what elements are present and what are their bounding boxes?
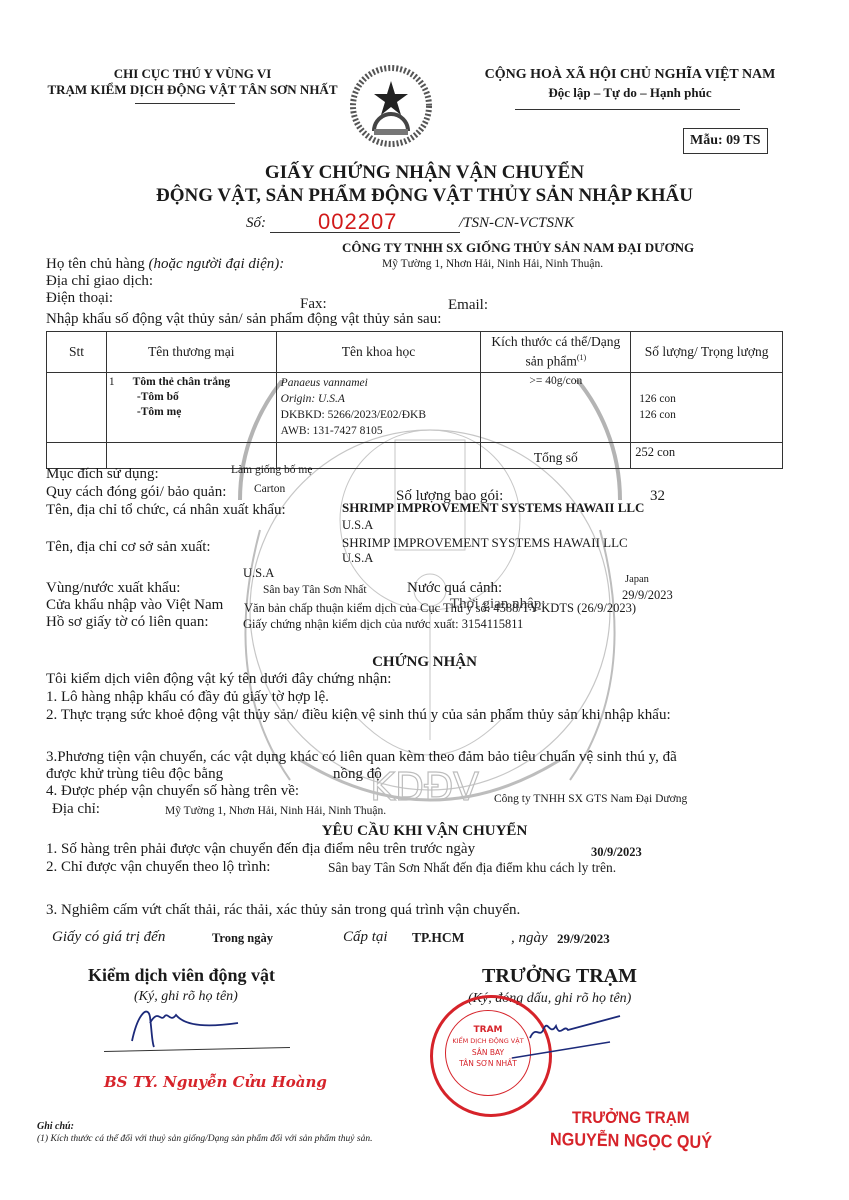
certification-item-1: 1. Lô hàng nhập khẩu có đầy đủ giấy tờ h… [46,689,329,706]
exporter-label: Tên, địa chỉ tổ chức, cá nhân xuất khẩu: [46,502,286,519]
destination-company: Công ty TNHH SX GTS Nam Đại Dương [494,793,687,805]
total-value: 252 con [635,445,675,459]
owner-name: CÔNG TY TNHH SX GIỐNG THỦY SẢN NAM ĐẠI D… [342,240,694,256]
table-header-row: Stt Tên thương mại Tên khoa học Kích thư… [47,332,783,373]
transit-value: Japan [625,574,649,585]
certification-item-2: 2. Thực trạng sức khoẻ động vật thủy sản… [46,707,671,724]
trade-name: Tôm thẻ chân trắng [133,376,230,388]
col-header-quantity: Số lượng/ Trọng lượng [631,332,783,373]
agency-station-name: TRẠM KIỂM DỊCH ĐỘNG VẬT TÂN SƠN NHẤT [35,82,350,98]
size-value: >= 40g/con [529,375,582,387]
purpose-label: Mục đích sử dụng: [46,466,159,483]
producer-label: Tên, địa chỉ cơ sở sản xuất: [46,539,211,556]
border-gate-value: Sân bay Tân Sơn Nhất [263,584,367,596]
packing-value: Carton [254,483,285,495]
import-intro: Nhập khẩu số động vật thủy sản/ sản phẩm… [46,311,441,328]
scientific-name: Panaeus vannamei [281,377,368,389]
exporter-country: U.S.A [342,518,373,533]
origin: Origin: U.S.A [281,393,345,405]
certification-item-3-concentration: nồng độ [333,766,382,783]
certificate-number-label: Số: [246,215,266,232]
packing-label: Quy cách đóng gói/ bảo quản: [46,484,226,501]
owner-name-label: Họ tên chủ hàng (hoặc người đại diện): [46,256,284,273]
inspector-title: Kiểm dịch viên động vật [88,965,275,986]
producer-name: SHRIMP IMPROVEMENT SYSTEMS HAWAII LLC [342,535,628,551]
head-stamp-title: TRƯỞNG TRẠM [572,1108,690,1128]
issue-date-value: 29/9/2023 [557,931,610,947]
table-row: 1Tôm thẻ chân trắng -Tôm bố -Tôm mẹ Pana… [47,373,783,443]
head-signature-icon [510,1010,630,1060]
inspector-name: BS TY. Nguyễn Cửu Hoàng [104,1073,327,1091]
transport-item-2: 2. Chỉ được vận chuyển theo lộ trình: [46,859,270,876]
transport-item-3: 3. Nghiêm cấm vứt chất thải, rác thải, x… [46,902,520,919]
import-time-label: Thời gian nhập: [450,596,545,613]
export-country-value: U.S.A [243,566,274,581]
footnote-text: (1) Kích thước cá thể đối với thuỷ sản g… [37,1134,372,1144]
document-title-line2: ĐỘNG VẬT, SẢN PHẨM ĐỘNG VẬT THỦY SẢN NHẬ… [0,185,849,207]
transport-route: Sân bay Tân Sơn Nhất đến địa điểm khu cá… [328,860,616,876]
transport-deadline: 30/9/2023 [591,845,642,860]
email-label: Email: [448,297,488,314]
watermark-text: KDĐV [370,765,479,809]
docs-value: Giấy chứng nhận kiểm dịch của nước xuất:… [243,617,523,632]
row-stt: 1 [109,376,115,388]
inspector-signature-icon [130,1003,250,1048]
certification-item-4: 4. Được phép vận chuyển số hàng trên về: [46,783,299,800]
export-country-label: Vùng/nước xuất khẩu: [46,580,180,597]
trade-sub-1: -Tôm bố [137,391,179,403]
docs-label: Hồ sơ giấy tờ có liên quan: [46,614,209,631]
valid-until-label: Giấy có giá trị đến [52,929,165,946]
certification-heading: CHỨNG NHẬN [0,654,849,671]
issued-at-value: TP.HCM [412,930,464,946]
agency-parent-name: CHI CỤC THÚ Y VÙNG VI [35,66,350,82]
national-emblem-icon [350,65,432,147]
total-label: Tổng số [534,450,578,465]
transit-label: Nước quá cảnh: [407,580,502,597]
issue-date-label: , ngày [511,930,548,947]
goods-table: Stt Tên thương mại Tên khoa học Kích thư… [46,331,783,469]
quantity-2: 126 con [639,409,676,421]
document-title-line1: GIẤY CHỨNG NHẬN VẬN CHUYỂN [0,162,849,184]
head-name: NGUYỄN NGỌC QUÝ [550,1129,712,1153]
col-header-stt: Stt [47,332,107,373]
certificate-number-suffix: /TSN-CN-VCTSNK [459,215,574,232]
valid-until-value: Trong ngày [212,931,273,946]
col-header-trade-name: Tên thương mại [106,332,276,373]
owner-address: Mỹ Tường 1, Nhơn Hải, Ninh Hải, Ninh Thu… [382,258,603,270]
quantity-1: 126 con [639,393,676,405]
head-title: TRƯỞNG TRẠM [482,965,637,988]
transport-item-1: 1. Số hàng trên phải được vận chuyển đến… [46,841,475,858]
table-total-row: Tổng số 252 con [47,443,783,469]
agency-header: CHI CỤC THÚ Y VÙNG VI TRẠM KIỂM DỊCH ĐỘN… [35,66,350,98]
address-label: Địa chỉ giao dịch: [46,273,153,290]
purpose-value: Làm giống bố mẹ [231,464,312,476]
producer-country: U.S.A [342,551,373,566]
certification-item-3a: 3.Phương tiện vận chuyển, các vật dụng k… [46,749,677,766]
exporter-name: SHRIMP IMPROVEMENT SYSTEMS HAWAII LLC [342,500,644,516]
certificate-number: 002207 [318,209,397,235]
national-motto: Độc lập – Tự do – Hạnh phúc [440,84,820,102]
country-name: CỘNG HOÀ XÃ HỘI CHỦ NGHĨA VIỆT NAM [440,66,820,84]
border-gate-label: Cửa khẩu nhập vào Việt Nam [46,597,223,614]
trade-sub-2: -Tôm mẹ [137,406,181,418]
republic-header: CỘNG HOÀ XÃ HỘI CHỦ NGHĨA VIỆT NAM Độc l… [440,66,820,102]
destination-address: Mỹ Tường 1, Nhơn Hải, Ninh Hải, Ninh Thu… [165,805,386,817]
awb: AWB: 131-7427 8105 [281,425,383,437]
certification-intro: Tôi kiểm dịch viên động vật ký tên dưới … [46,671,391,688]
certification-item-3b: được khử trùng tiêu độc bằng [46,766,223,783]
dkbkd: DKBKD: 5266/2023/E02/ĐKB [281,409,426,421]
approval-document: Văn bản chấp thuận kiểm dịch của Cục Thú… [244,601,636,616]
footnote-label: Ghi chú: [37,1121,74,1132]
package-count-value: 32 [650,488,665,505]
destination-address-label: Địa chỉ: [52,801,100,818]
phone-label: Điện thoại: [46,290,113,307]
transport-requirements-heading: YÊU CẦU KHI VẬN CHUYỂN [0,823,849,840]
issued-at-label: Cấp tại [343,929,388,946]
col-header-scientific-name: Tên khoa học [276,332,481,373]
form-code-badge: Mẫu: 09 TS [683,128,768,154]
col-header-size: Kích thước cá thể/Dạng sản phẩm(1) [481,332,631,373]
